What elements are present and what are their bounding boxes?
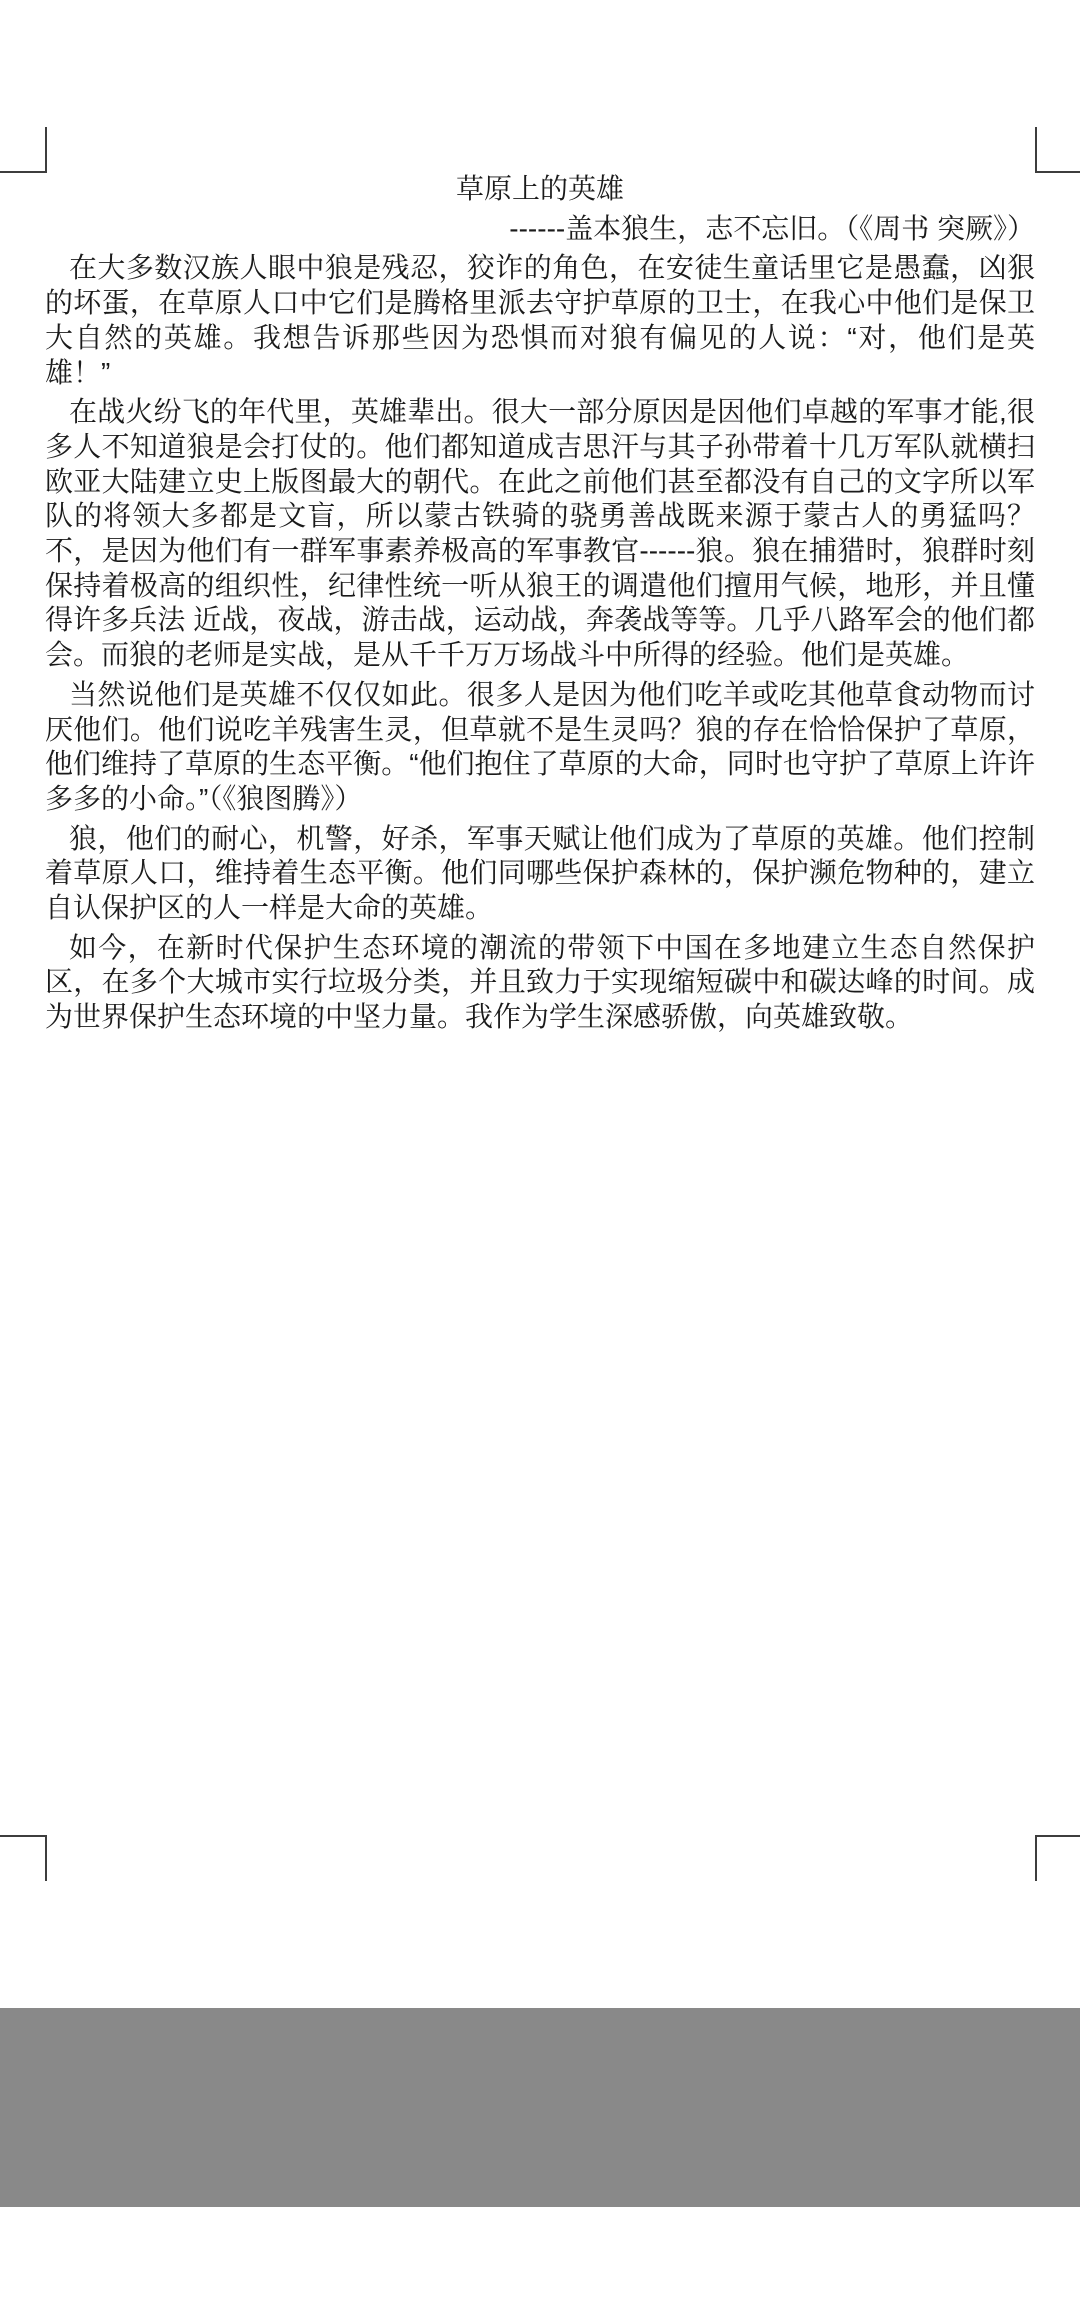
text-boundary-mark-bottom-right bbox=[1035, 1835, 1080, 1881]
text-boundary-mark-bottom-left bbox=[0, 1835, 47, 1881]
essay-paragraph-3: 当然说他们是英雄不仅仅如此。很多人是因为他们吃羊或吃其他草食动物而讨厌他们。他们… bbox=[45, 678, 1035, 817]
essay-paragraph-1: 在大多数汉族人眼中狼是残忍，狡诈的角色，在安徒生童话里它是愚蠢，凶狠的坏蛋，在草… bbox=[45, 251, 1035, 390]
inter-page-gap bbox=[0, 2008, 1080, 2207]
text-boundary-mark-top-right bbox=[1035, 127, 1080, 173]
essay-title: 草原上的英雄 bbox=[45, 172, 1035, 207]
document-page[interactable]: 草原上的英雄 ------盖本狼生，志不忘旧。（《周书 突厥》） 在大多数汉族人… bbox=[0, 0, 1080, 2008]
essay-paragraph-5: 如今，在新时代保护生态环境的潮流的带领下中国在多地建立生态自然保护区，在多个大城… bbox=[45, 931, 1035, 1035]
essay-paragraph-2: 在战火纷飞的年代里，英雄辈出。很大一部分原因是因他们卓越的军事才能,很多人不知道… bbox=[45, 395, 1035, 673]
essay-byline: ------盖本狼生，志不忘旧。（《周书 突厥》） bbox=[45, 212, 1035, 247]
essay-text-block[interactable]: 草原上的英雄 ------盖本狼生，志不忘旧。（《周书 突厥》） 在大多数汉族人… bbox=[45, 172, 1035, 1040]
text-boundary-mark-top-left bbox=[0, 127, 47, 173]
essay-paragraph-4: 狼，他们的耐心，机警，好杀，军事天赋让他们成为了草原的英雄。他们控制着草原人口，… bbox=[45, 822, 1035, 926]
next-page-top[interactable] bbox=[0, 2207, 1080, 2310]
